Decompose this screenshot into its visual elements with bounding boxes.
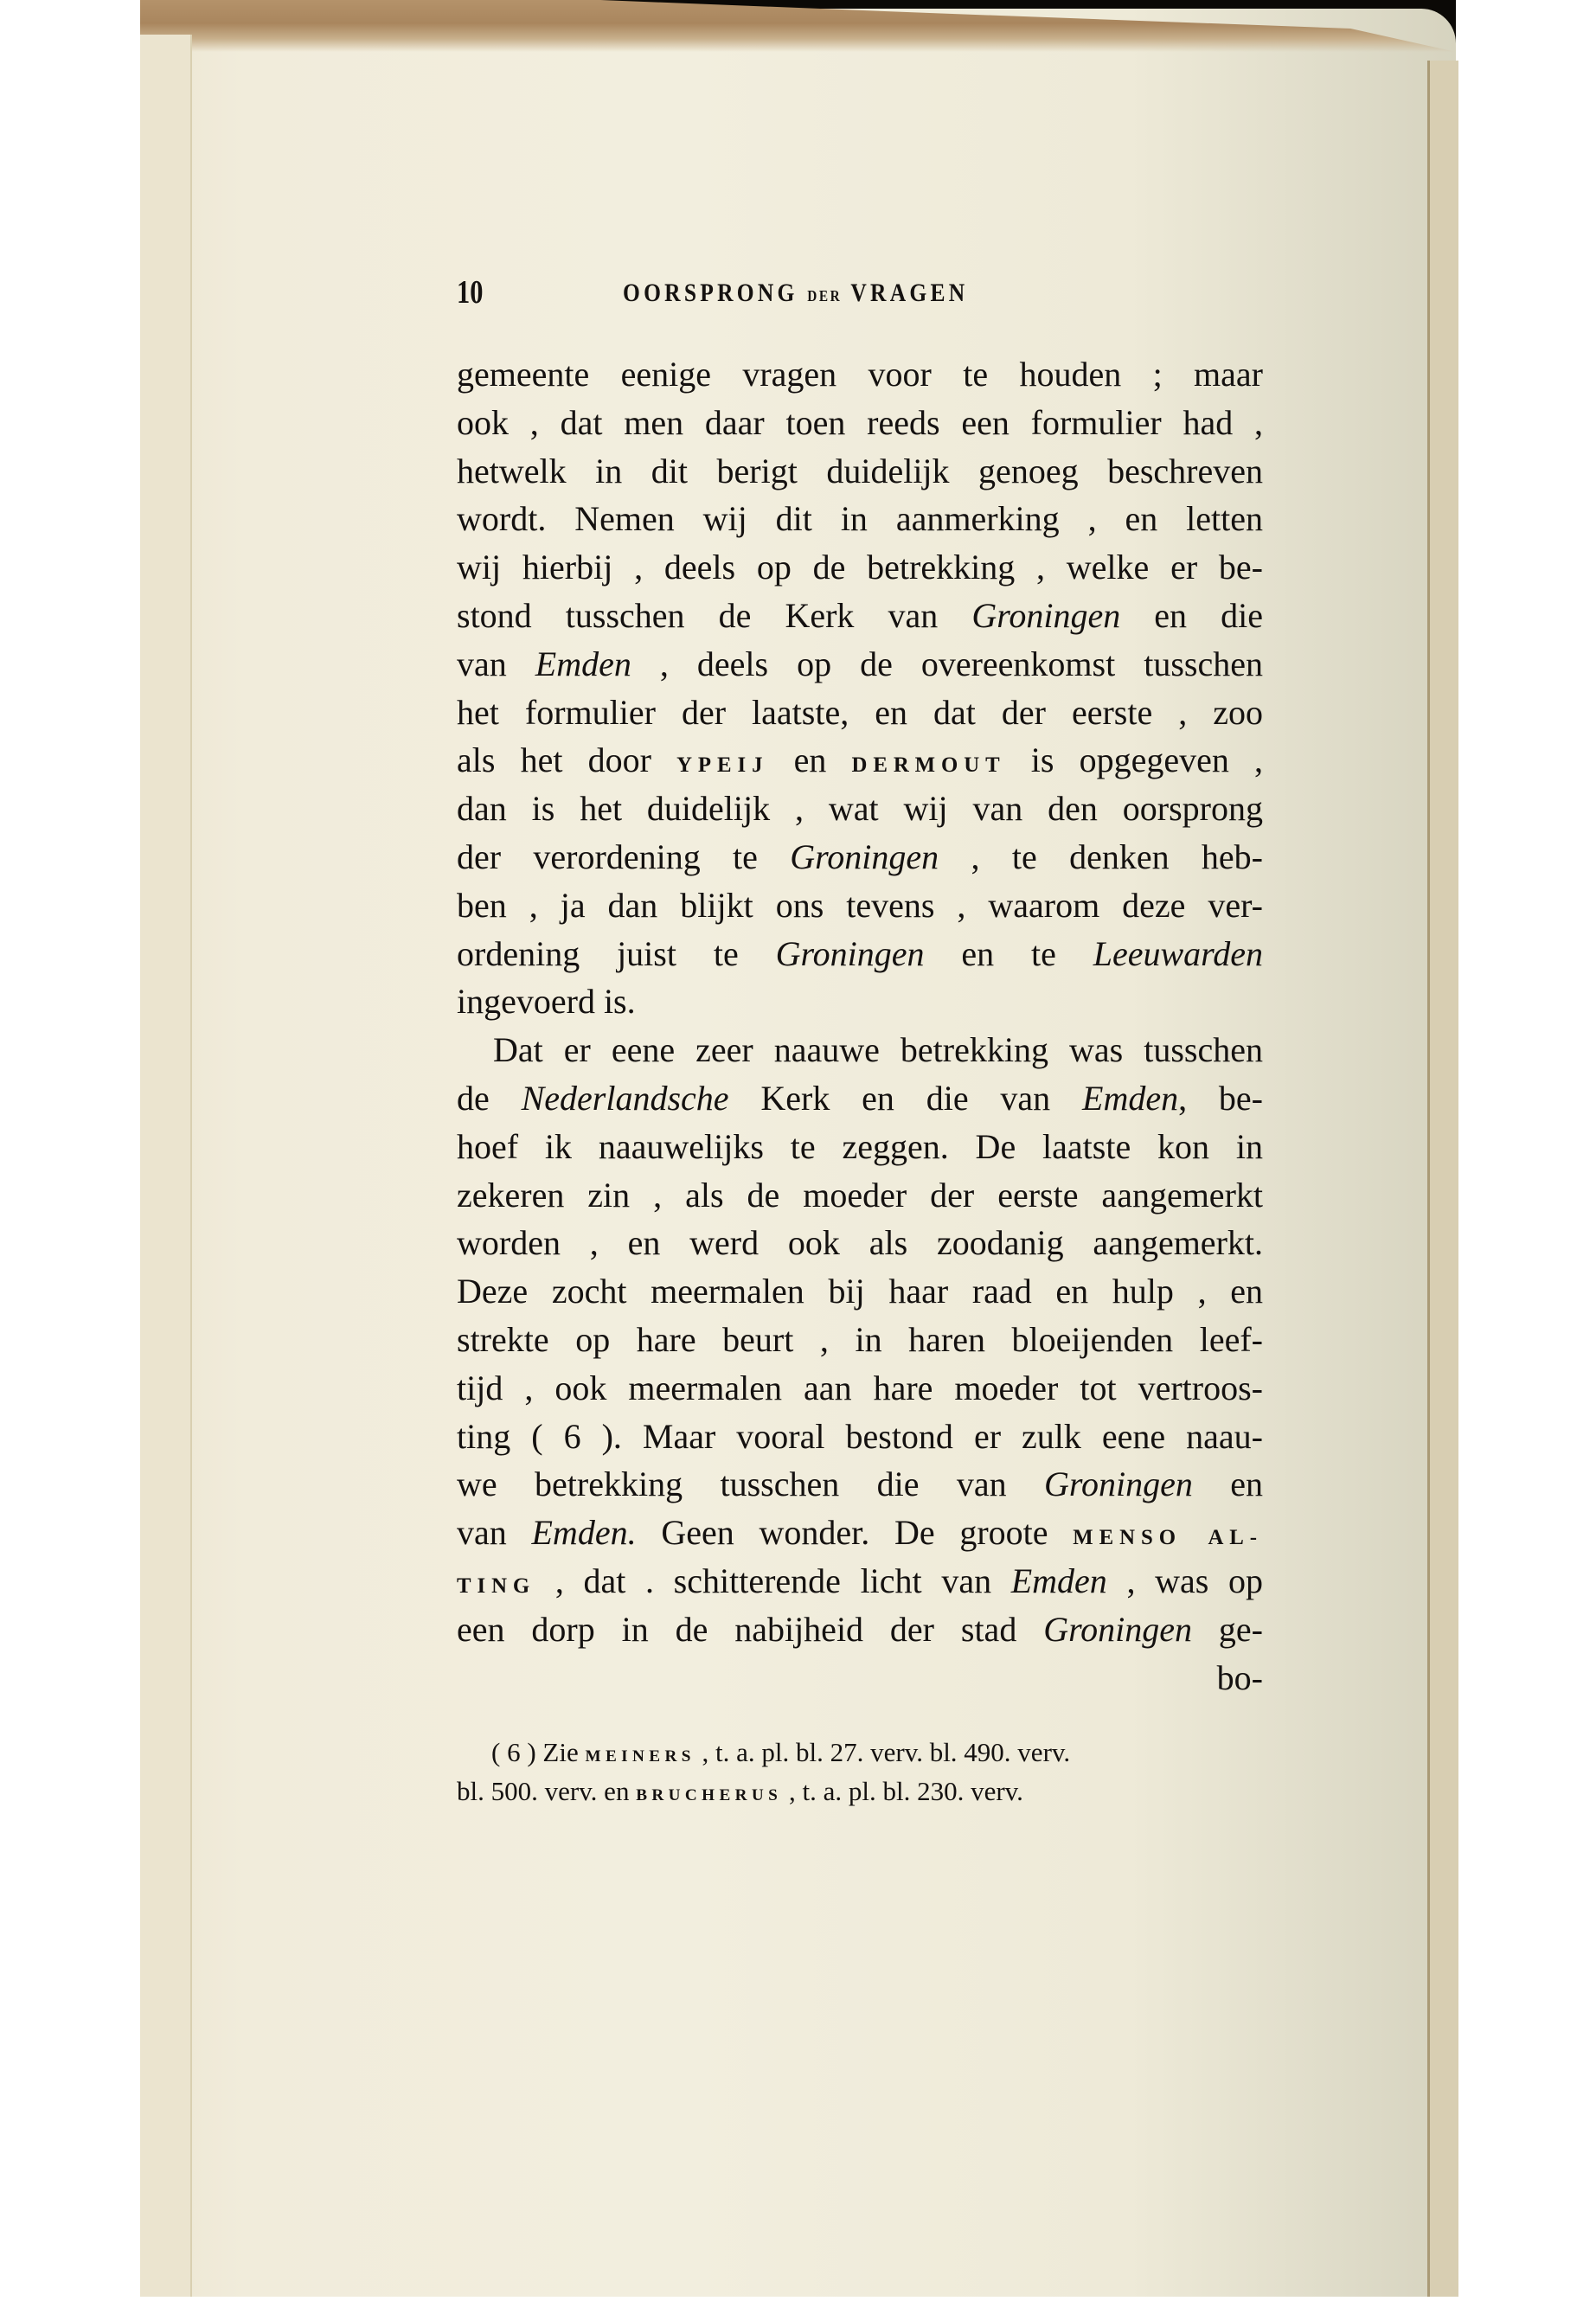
text-segment: worden , en werd ook als zoodanig aangem… — [457, 1223, 1263, 1262]
page-gutter-strip — [140, 35, 192, 2297]
text-segment: , te denken heb- — [939, 837, 1263, 876]
text-line: strekte op hare beurt , in haren bloeije… — [457, 1316, 1263, 1364]
text-line: worden , en werd ook als zoodanig aangem… — [457, 1219, 1263, 1267]
body-text: gemeente eenige vragen voor te houden ; … — [457, 350, 1263, 1702]
text-line: als het door YPEIJ en DERMOUT is opgegev… — [457, 736, 1263, 785]
small-caps-name: BRUCHERUS — [636, 1786, 782, 1804]
head-title-part2: VRAGEN — [850, 279, 968, 307]
text-segment: wij hierbij , deels op de betrekking , w… — [457, 548, 1263, 586]
text-line: bo- — [457, 1654, 1263, 1702]
text-segment: Dat er eene zeer naauwe betrekking was t… — [493, 1030, 1263, 1069]
text-segment: Kerk en die van — [729, 1079, 1082, 1118]
head-title-small: DER — [807, 287, 842, 304]
footnotes: ( 6 ) Zie MEINERS , t. a. pl. bl. 27. ve… — [457, 1735, 1263, 1813]
text-line: TING , dat . schitterende licht van Emde… — [457, 1557, 1263, 1606]
running-head: 10 OORSPRONG DER VRAGEN — [457, 273, 1235, 308]
small-caps-name: MENSO AL- — [1073, 1526, 1263, 1549]
text-line: dan is het duidelijk , wat wij van den o… — [457, 785, 1263, 833]
text-segment: stond tusschen de Kerk van — [457, 596, 971, 635]
text-segment: zekeren zin , als de moeder der eerste a… — [457, 1176, 1263, 1215]
small-caps-name: DERMOUT — [851, 753, 1005, 777]
italic-text: Nederlandsche — [522, 1079, 729, 1118]
text-segment: hetwelk in dit berigt duidelijk genoeg b… — [457, 452, 1263, 490]
italic-text: Emden. — [532, 1513, 637, 1552]
text-segment: ( 6 ) Zie — [491, 1737, 585, 1767]
text-line: hetwelk in dit berigt duidelijk genoeg b… — [457, 447, 1263, 496]
text-line: ingevoerd is. — [457, 977, 1263, 1026]
text-line: Dat er eene zeer naauwe betrekking was t… — [457, 1026, 1263, 1074]
text-segment: Geen wonder. De groote — [637, 1513, 1074, 1552]
text-line: ting ( 6 ). Maar vooral bestond er zulk … — [457, 1413, 1263, 1461]
italic-text: Emden — [1082, 1079, 1178, 1118]
text-segment: Deze zocht meermalen bij haar raad en hu… — [457, 1272, 1263, 1311]
text-line: ook , dat men daar toen reeds een formul… — [457, 399, 1263, 447]
text-line: gemeente eenige vragen voor te houden ; … — [457, 350, 1263, 399]
text-segment: van — [457, 1513, 532, 1552]
text-line: der verordening te Groningen , te denken… — [457, 833, 1263, 881]
text-segment: ting ( 6 ). Maar vooral bestond er zulk … — [457, 1417, 1263, 1456]
text-segment: gemeente eenige vragen voor te houden ; … — [457, 355, 1263, 394]
page-number: 10 — [457, 273, 483, 311]
text-segment: ingevoerd is. — [457, 982, 636, 1021]
text-line: het formulier der laatste, en dat der ee… — [457, 689, 1263, 737]
text-segment: en die — [1120, 596, 1263, 635]
small-caps-name: TING — [457, 1574, 535, 1598]
text-segment: , t. a. pl. bl. 230. verv. — [782, 1776, 1023, 1806]
text-segment: strekte op hare beurt , in haren bloeije… — [457, 1320, 1263, 1359]
italic-text: Leeuwarden — [1093, 934, 1263, 973]
footnote-line: bl. 500. verv. en BRUCHERUS , t. a. pl. … — [457, 1774, 1263, 1813]
text-line: zekeren zin , als de moeder der eerste a… — [457, 1171, 1263, 1220]
text-segment: ge- — [1192, 1610, 1263, 1649]
text-segment: een dorp in de nabijheid der stad — [457, 1610, 1043, 1649]
text-segment: het formulier der laatste, en dat der ee… — [457, 693, 1263, 732]
text-segment: en — [768, 740, 851, 779]
text-segment: wordt. Nemen wij dit in aanmerking , en … — [457, 499, 1263, 538]
text-segment: , deels op de overeenkomst tusschen — [631, 644, 1263, 683]
text-line: wordt. Nemen wij dit in aanmerking , en … — [457, 495, 1263, 543]
small-caps-name: YPEIJ — [676, 753, 768, 777]
text-line: ordening juist te Groningen en te Leeuwa… — [457, 930, 1263, 978]
text-segment: en — [1193, 1465, 1263, 1503]
text-segment: en te — [924, 934, 1093, 973]
footnote-line: ( 6 ) Zie MEINERS , t. a. pl. bl. 27. ve… — [457, 1735, 1263, 1774]
head-title-part1: OORSPRONG — [623, 279, 798, 307]
text-line: van Emden. Geen wonder. De groote MENSO … — [457, 1509, 1263, 1557]
text-segment: van — [457, 644, 535, 683]
book-page-scan: 10 OORSPRONG DER VRAGEN gemeente eenige … — [0, 0, 1596, 2301]
text-segment: ook , dat men daar toen reeds een formul… — [457, 403, 1263, 442]
text-line: Deze zocht meermalen bij haar raad en hu… — [457, 1267, 1263, 1316]
text-segment: is opgegeven , — [1006, 740, 1263, 779]
text-line: ben , ja dan blijkt ons tevens , waarom … — [457, 881, 1263, 930]
text-line: een dorp in de nabijheid der stad Gronin… — [457, 1606, 1263, 1654]
text-segment: , was op — [1107, 1561, 1263, 1600]
text-line: we betrekking tusschen die van Groningen… — [457, 1460, 1263, 1509]
italic-text: Groningen — [971, 596, 1120, 635]
text-segment: , be- — [1178, 1079, 1263, 1118]
italic-text: Emden — [1011, 1561, 1107, 1600]
text-segment: dan is het duidelijk , wat wij van den o… — [457, 789, 1263, 828]
text-line: de Nederlandsche Kerk en die van Emden, … — [457, 1074, 1263, 1123]
italic-text: Groningen — [1043, 1610, 1192, 1649]
text-segment: bl. 500. verv. en — [457, 1776, 636, 1806]
text-segment: ordening juist te — [457, 934, 776, 973]
text-segment: der verordening te — [457, 837, 790, 876]
text-segment: als het door — [457, 740, 676, 779]
text-segment: , t. a. pl. bl. 27. verv. bl. 490. verv. — [695, 1737, 1070, 1767]
text-line: van Emden , deels op de overeenkomst tus… — [457, 640, 1263, 689]
text-line: tijd , ook meermalen aan hare moeder tot… — [457, 1364, 1263, 1413]
text-segment: bo- — [1217, 1658, 1263, 1697]
italic-text: Groningen — [776, 934, 925, 973]
running-head-title: OORSPRONG DER VRAGEN — [623, 279, 968, 308]
text-segment: , dat . schitterende licht van — [535, 1561, 1011, 1600]
text-segment: hoef ik naauwelijks te zeggen. De laatst… — [457, 1127, 1263, 1166]
italic-text: Emden — [535, 644, 631, 683]
text-line: wij hierbij , deels op de betrekking , w… — [457, 543, 1263, 592]
page-fore-edge — [1427, 61, 1458, 2297]
small-caps-name: MEINERS — [585, 1747, 695, 1766]
italic-text: Groningen — [1044, 1465, 1193, 1503]
text-segment: we betrekking tusschen die van — [457, 1465, 1044, 1503]
text-segment: de — [457, 1079, 522, 1118]
text-segment: tijd , ook meermalen aan hare moeder tot… — [457, 1368, 1263, 1407]
italic-text: Groningen — [790, 837, 939, 876]
text-segment: ben , ja dan blijkt ons tevens , waarom … — [457, 886, 1263, 925]
text-line: stond tusschen de Kerk van Groningen en … — [457, 592, 1263, 640]
text-line: hoef ik naauwelijks te zeggen. De laatst… — [457, 1123, 1263, 1171]
